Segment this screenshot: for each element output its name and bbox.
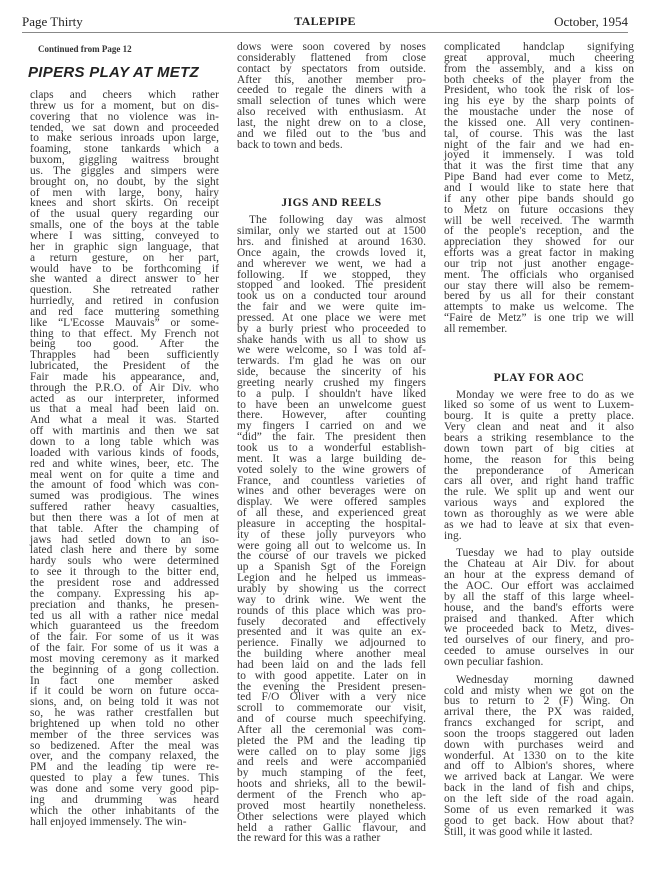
text-line: own peculiar fashion. [444,657,634,668]
text-line: down with purchases weird and [444,740,634,751]
text-line: good to get back. How about that? [444,816,634,827]
text-line: Still, it was good while it lasted. [444,827,634,838]
header-rule [22,32,628,33]
text-line: like “L'Ecosse Mauvais” or some- [30,318,219,329]
column-3: complicated handclap signifyinggreat app… [444,42,634,837]
text-line: member of the three services was [30,730,219,741]
text-line: ment. The officials who organised [444,270,634,281]
text-line: covering that no violence was in- [30,112,219,123]
subhead-play-for-aoc: PLAY FOR AOC [444,373,634,384]
text-line: pleted the PM and the leading tip [237,736,426,747]
text-line: ing. [444,531,634,542]
text-line: red and white wines, beer, etc. The [30,459,219,470]
spacer [237,150,426,198]
text-line: to with good appetite. Later on in [237,671,426,682]
text-line: that table. After the champing of [30,524,219,535]
column-3-para-wednesday: Wednesday morning dawnedcold and misty w… [444,675,634,838]
column-2: dows were soon covered by nosesconsidera… [237,42,426,844]
column-2-body-top: dows were soon covered by nosesconsidera… [237,42,426,150]
text-line: and wherever we went, we had a [237,259,426,270]
text-line: rounds of this place which was pro- [237,606,426,617]
subhead-jigs-and-reels: JIGS AND REELS [237,198,426,209]
column-3-para-monday: Monday we were free to do as weliked so … [444,390,634,542]
text-line: home, the reason for this being [444,455,634,466]
text-line: back to town and beds. [237,140,426,151]
text-line: the reward for this was a rather [237,833,426,844]
text-line: to a pulp. I shouldn't have liked [237,389,426,400]
page-header: Page Thirty TALEPIPE October, 1954 [22,14,628,32]
text-line: ity of these jolly purveyors who [237,530,426,541]
text-line: to Metz on future occasions they [444,205,634,216]
text-line: from the assembly, and a kiss on [444,64,634,75]
column-3-para-tuesday: Tuesday we had to play outsidethe Chatea… [444,548,634,667]
text-line: the beginning of a gong collection. [30,665,219,676]
article-title: PIPERS PLAY AT METZ [28,68,219,90]
text-line: all remember. [444,324,634,335]
column-2-body-bottom: The following day was almostsimilar, onl… [237,215,426,844]
spacer [444,335,634,373]
text-line: hall enjoyed immensely. The win- [30,817,219,828]
text-line: and we filed out to the 'bus and [237,129,426,140]
column-1-body: claps and cheers which ratherthrew us fo… [30,90,219,827]
continued-note: Continued from Page 12 [38,44,219,64]
text-line: voted solely to the wine growers of [237,465,426,476]
issue-date: October, 1954 [554,14,628,30]
text-line: preciation and thanks, he presen- [30,600,219,611]
text-line: through the P.R.O. of Air Div. who [30,383,219,394]
text-line: house, and the band's efforts were [444,603,634,614]
text-line: contact by spectators from outside. [237,64,426,75]
text-line: brought on, no doubt, by the sight [30,177,219,188]
column-3-body-top: complicated handclap signifyinggreat app… [444,42,634,335]
text-line: a return gesture, on her part, [30,253,219,264]
text-line: Wednesday morning dawned [444,675,634,686]
text-line: which the other inhabitants of the [30,806,219,817]
column-1: Continued from Page 12 PIPERS PLAY AT ME… [30,42,219,827]
text-line: as we had to leave at six that even- [444,520,634,531]
text-line: tal, of course. This was the last [444,129,634,140]
text-line: by a burly priest who proceeded to [237,324,426,335]
text-line: Other selections were played which [237,812,426,823]
publication-title: TALEPIPE [22,14,628,29]
